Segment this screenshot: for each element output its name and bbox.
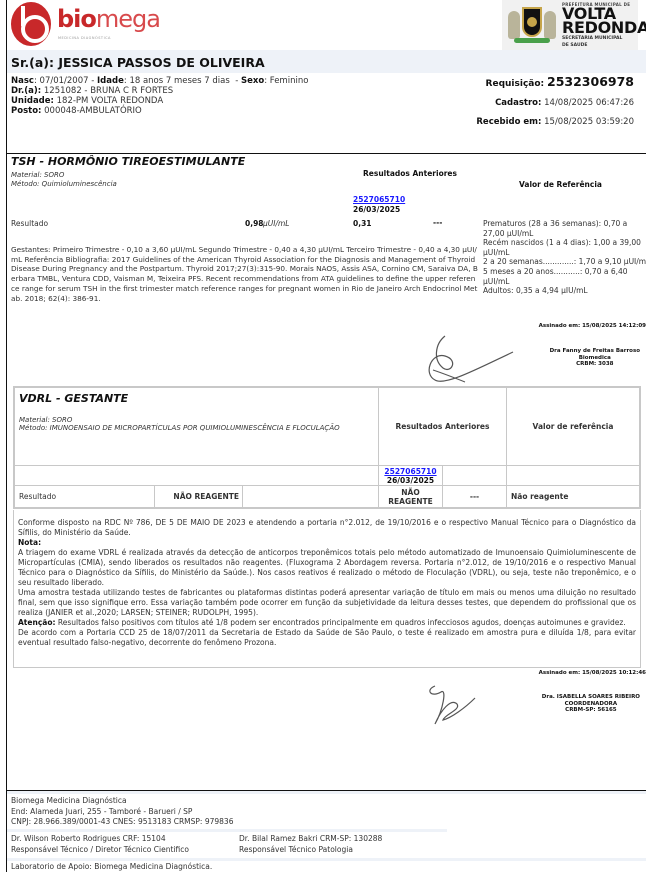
vdrl-note-prozona: De acordo com a Portaria CCD 25 de 18/07… xyxy=(18,628,636,648)
tsh-result-label: Resultado xyxy=(11,219,48,228)
biomega-logo-icon xyxy=(11,2,51,46)
received-date: Recebido em: 15/08/2025 03:59:20 xyxy=(476,117,634,127)
vdrl-signature-icon xyxy=(421,680,481,736)
vdrl-signed-at: Assinado em: 15/08/2025 10:12:46 xyxy=(539,670,646,676)
vdrl-previous-value-2: --- xyxy=(443,486,507,508)
vdrl-previous-results-header: Resultados Anteriores xyxy=(379,388,507,466)
tsh-signer: Dra Fanny de Freitas Barroso Biomedica C… xyxy=(550,348,640,368)
vdrl-note-variation: Uma amostra testada utilizando testes de… xyxy=(18,588,636,618)
footer-company: Biomega Medicina Diagnóstica xyxy=(11,796,233,807)
footer-responsible-1: Dr. Wilson Roberto Rodrigues CRF: 15104 … xyxy=(11,834,189,855)
footer-address: End: Alameda Juari, 255 - Tamboré - Baru… xyxy=(11,807,233,818)
tsh-previous-value-2: --- xyxy=(433,218,442,227)
vdrl-header-cell: VDRL - GESTANTE Material: SORO Método: I… xyxy=(15,388,379,466)
tsh-result-value: 0,98 xyxy=(245,219,264,228)
vdrl-note-rdc: Conforme disposto na RDC Nº 786, DE 5 DE… xyxy=(18,518,636,538)
vdrl-previous-value: NÃO REAGENTE xyxy=(379,486,443,508)
patient-post: Posto: 000048-AMBULATÓRIO xyxy=(11,106,308,116)
vdrl-note: Conforme disposto na RDC Nº 786, DE 5 DE… xyxy=(13,510,641,668)
tsh-previous-value: 0,31 xyxy=(353,219,372,228)
patient-info: Nasc: 07/01/2007 - Idade: 18 anos 7 mese… xyxy=(11,76,308,116)
vdrl-reference-header: Valor de referência xyxy=(507,388,640,466)
tsh-method: Método: Quimioluminescência xyxy=(11,180,117,188)
tsh-signature-icon xyxy=(415,330,515,392)
biomega-logo-subtitle: MEDICINA DIAGNÓSTICA xyxy=(58,36,111,40)
tsh-previous-results-header: Resultados Anteriores xyxy=(363,169,457,178)
footer-company-info: Biomega Medicina Diagnóstica End: Alamed… xyxy=(11,796,233,828)
vdrl-note-triage: A triagem do exame VDRL é realizada atra… xyxy=(18,548,636,588)
tsh-signed-at: Assinado em: 15/08/2025 14:12:09 xyxy=(539,323,646,329)
biomega-logo-text: biomega xyxy=(57,5,160,33)
volta-redonda-logo: PREFEITURA MUNICIPAL DE VOLTA REDONDA SE… xyxy=(502,0,638,50)
vdrl-result-value: NÃO REAGENTE xyxy=(155,486,243,508)
tsh-result-unit: µUI/mL xyxy=(263,219,289,228)
tsh-reference-header: Valor de Referência xyxy=(519,180,602,189)
vdrl-reference-value: Não reagente xyxy=(507,486,640,508)
vdrl-material: Material: SORO xyxy=(19,416,374,424)
lab-report-page: biomega MEDICINA DIAGNÓSTICA PREFEITURA … xyxy=(6,0,646,872)
city-crest-icon xyxy=(508,3,556,45)
vdrl-signer: Dra. ISABELLA SOARES RIBEIRO COORDENADOR… xyxy=(542,694,640,714)
tsh-previous-date: 26/03/2025 xyxy=(353,205,400,214)
registration-date: Cadastro: 14/08/2025 06:47:26 xyxy=(476,98,634,108)
tsh-material: Material: SORO xyxy=(11,171,64,179)
patient-doctor: Dr.(a): 1251082 - BRUNA C R FORTES xyxy=(11,86,308,96)
vdrl-note-label: Nota: xyxy=(18,538,41,547)
footer-ids: CNPJ: 28.966.389/0001-43 CNES: 9513183 C… xyxy=(11,817,233,828)
patient-unit: Unidade: 182-PM VOLTA REDONDA xyxy=(11,96,308,106)
tsh-previous-request-link[interactable]: 2527065710 xyxy=(353,195,405,204)
vdrl-note-attention: Atenção: Resultados falso positivos com … xyxy=(18,618,636,628)
vdrl-result-label: Resultado xyxy=(15,486,155,508)
vdrl-previous-date: 26/03/2025 xyxy=(387,476,434,485)
patient-name: Sr.(a): JESSICA PASSOS DE OLIVEIRA xyxy=(11,55,265,70)
tsh-title: TSH - HORMÔNIO TIREOESTIMULANTE xyxy=(11,155,245,168)
biomega-logo: biomega MEDICINA DIAGNÓSTICA xyxy=(7,0,141,48)
patient-demographics: Nasc: 07/01/2007 - Idade: 18 anos 7 mese… xyxy=(11,76,308,86)
vdrl-method: Método: IMUNOENSAIO DE MICROPARTÍCULAS P… xyxy=(19,424,359,432)
footer-support-lab: Laboratorio de Apoio: Biomega Medicina D… xyxy=(11,862,212,872)
tsh-reference-values: Prematuros (28 a 36 semanas): 0,70 a 27,… xyxy=(483,219,646,296)
footer-responsible-2: Dr. Bilal Ramez Bakri CRM-SP: 130288 Res… xyxy=(239,834,382,855)
request-number: Requisição: 2532306978 xyxy=(476,74,634,89)
gov-dept-line2: DE SAUDE xyxy=(562,43,646,49)
gov-city-line2: REDONDA xyxy=(562,21,646,35)
request-info: Requisição: 2532306978 Cadastro: 14/08/2… xyxy=(476,74,634,127)
section-divider xyxy=(7,153,646,154)
vdrl-results-table: VDRL - GESTANTE Material: SORO Método: I… xyxy=(13,386,641,509)
tsh-note: Gestantes: Primeiro Trimestre - 0,10 a 3… xyxy=(11,245,479,303)
vdrl-title: VDRL - GESTANTE xyxy=(19,392,374,405)
vdrl-previous-request-link[interactable]: 2527065710 xyxy=(384,467,436,476)
